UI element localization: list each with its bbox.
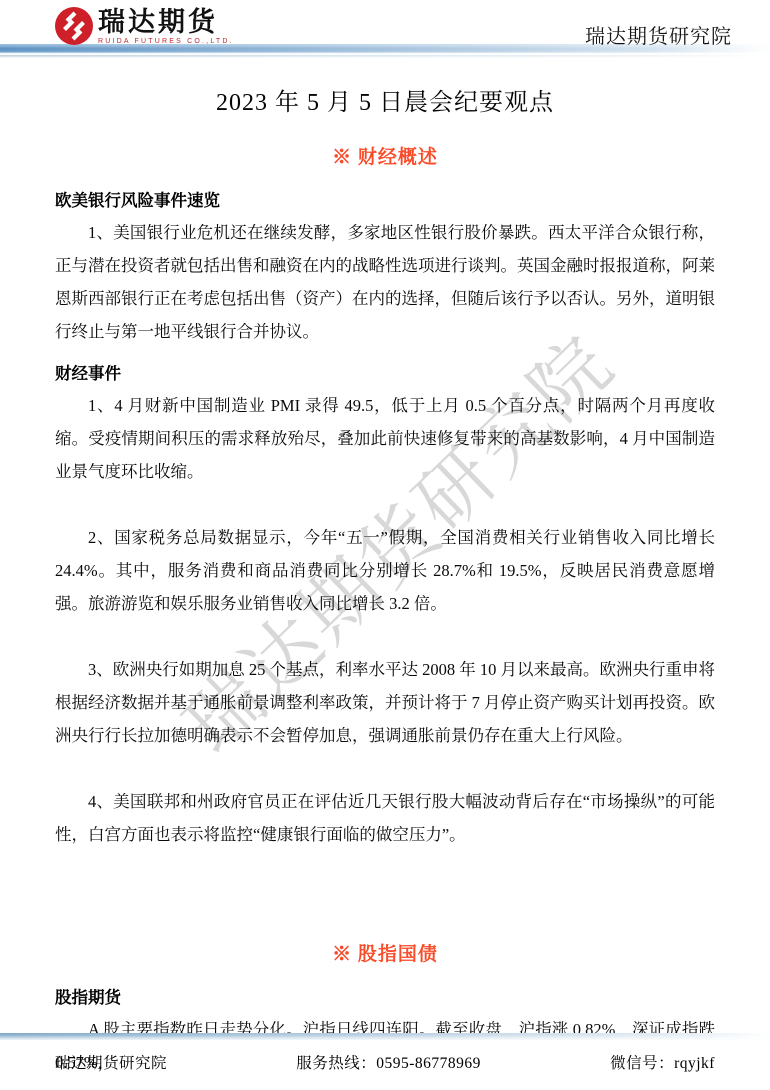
section-heading-finance-overview: ※ 财经概述 bbox=[55, 142, 715, 169]
footer-institute: 瑞达期货研究院 bbox=[55, 1051, 167, 1073]
page-header: 瑞达期货 RUIDA FUTURES CO.,LTD. 瑞达期货研究院 bbox=[0, 0, 770, 44]
subheading-finance-events: 财经事件 bbox=[55, 361, 715, 387]
brand-name-en: RUIDA FUTURES CO.,LTD. bbox=[98, 38, 234, 45]
subheading-bank-risk-events: 欧美银行风险事件速览 bbox=[55, 188, 715, 214]
page-title: 2023 年 5 月 5 日晨会纪要观点 bbox=[55, 89, 715, 117]
paragraph-finance-2: 2、国家税务总局数据显示，今年“五一”假期，全国消费相关行业销售收入同比增长 2… bbox=[55, 521, 715, 620]
footer-info-row: 瑞达期货研究院 服务热线：0595-86778969 微信号：rqyjkf bbox=[0, 1040, 770, 1090]
section-heading-index-bonds: ※ 股指国债 bbox=[55, 939, 715, 966]
ruida-logo-icon bbox=[54, 6, 94, 46]
paragraph-finance-3: 3、欧洲央行如期加息 25 个基点，利率水平达 2008 年 10 月以来最高。… bbox=[55, 653, 715, 752]
brand-name-cn: 瑞达期货 bbox=[98, 7, 234, 37]
header-institute-title: 瑞达期货研究院 bbox=[585, 20, 732, 49]
footer-divider-bar bbox=[0, 1033, 770, 1040]
footer-hotline: 服务热线：0595-86778969 bbox=[296, 1051, 481, 1073]
document-page: 瑞达期货 RUIDA FUTURES CO.,LTD. 瑞达期货研究院 瑞达期货… bbox=[0, 0, 770, 1090]
paragraph-finance-4: 4、美国联邦和州政府官员正在评估近几天银行股大幅波动背后存在“市场操纵”的可能性… bbox=[55, 785, 715, 851]
subheading-index-futures: 股指期货 bbox=[55, 985, 715, 1011]
brand-logo: 瑞达期货 RUIDA FUTURES CO.,LTD. bbox=[54, 6, 234, 46]
paragraph-finance-1: 1、4 月财新中国制造业 PMI 录得 49.5，低于上月 0.5 个百分点，时… bbox=[55, 389, 715, 488]
footer-wechat: 微信号：rqyjkf bbox=[610, 1051, 715, 1073]
page-footer: 瑞达期货研究院 服务热线：0595-86778969 微信号：rqyjkf bbox=[0, 1033, 770, 1090]
document-body: 2023 年 5 月 5 日晨会纪要观点 ※ 财经概述 欧美银行风险事件速览 1… bbox=[0, 89, 770, 1079]
paragraph-bank-risk-1: 1、美国银行业危机还在继续发酵，多家地区性银行股价暴跌。西太平洋合众银行称，正与… bbox=[55, 216, 715, 348]
brand-text: 瑞达期货 RUIDA FUTURES CO.,LTD. bbox=[98, 7, 234, 45]
